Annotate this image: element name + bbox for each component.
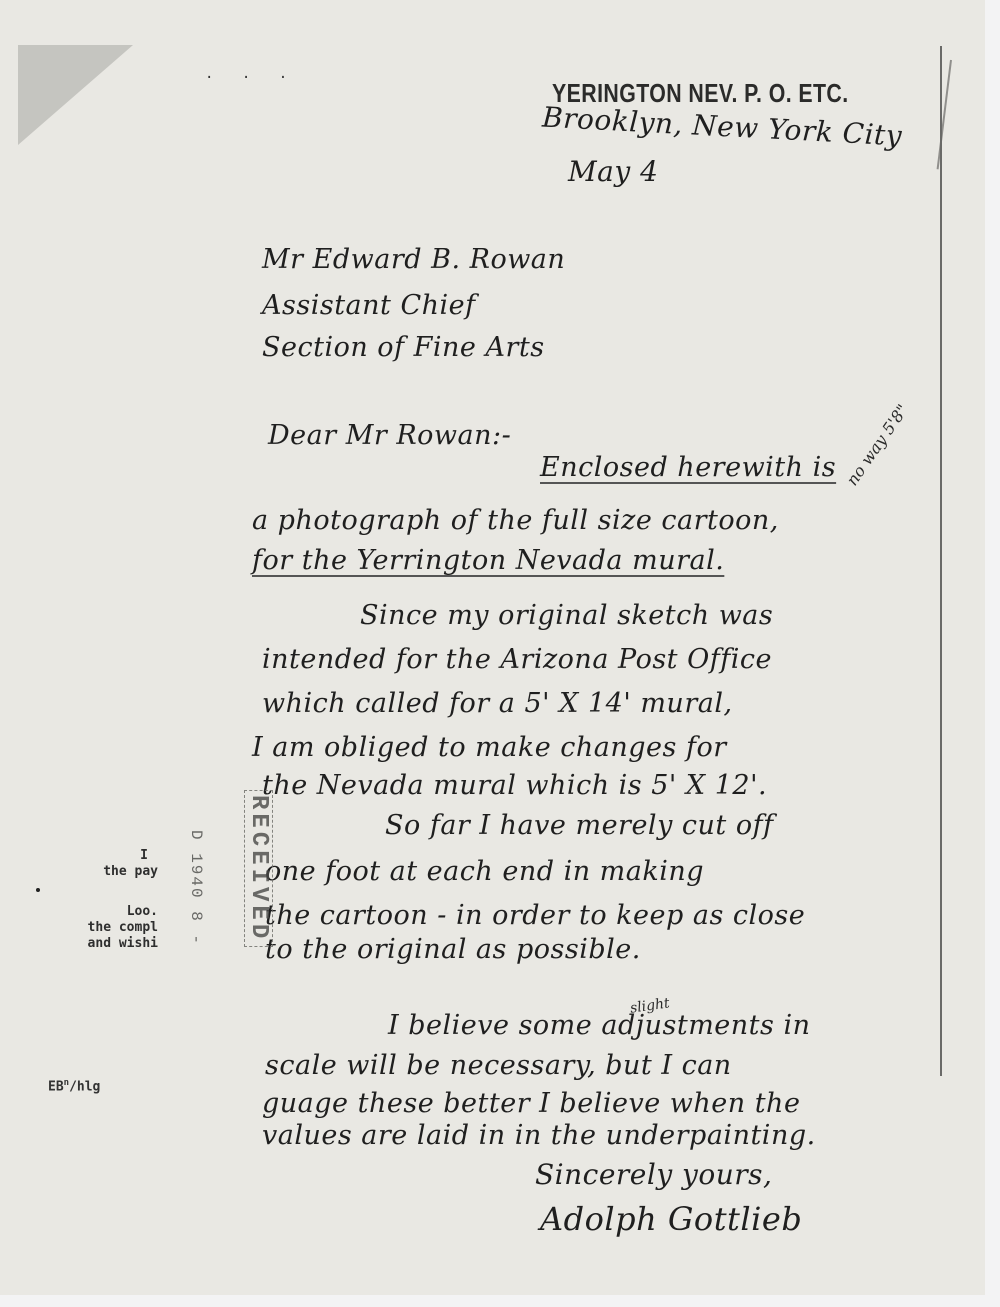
body-line-14: scale will be necessary, but I can [265, 1050, 732, 1081]
closing: Sincerely yours, [535, 1158, 772, 1191]
body-line-5: intended for the Arizona Post Office [262, 644, 772, 675]
scan-border-bottom [0, 1295, 1000, 1307]
body-line-12: to the original as possible. [265, 934, 641, 965]
body-line-6: which called for a 5' X 14' mural, [262, 688, 733, 719]
body-line-13: I believe some adjustments in [388, 1010, 810, 1041]
typed-fragment-5: and wishi [60, 936, 158, 951]
body-line-16: values are laid in in the underpainting. [262, 1120, 816, 1151]
received-date-stamp: D 1940 8 - [187, 830, 205, 946]
body-line-9: So far I have merely cut off [385, 810, 774, 841]
body-line-10: one foot at each end in making [265, 856, 704, 887]
body-line-2: a photograph of the full size cartoon, [252, 505, 779, 536]
addressee-department: Section of Fine Arts [262, 332, 545, 363]
typed-fragment-4: the compl [60, 920, 158, 935]
corner-smudge [18, 45, 133, 145]
salutation: Dear Mr Rowan:- [268, 420, 511, 451]
body-line-3: for the Yerrington Nevada mural. [252, 545, 724, 576]
body-line-15: guage these better I believe when the [262, 1088, 800, 1119]
scan-border-right [985, 0, 1000, 1307]
body-line-4: Since my original sketch was [360, 600, 773, 631]
stray-marks: . . . [205, 66, 297, 82]
received-stamp: RECEIVED [245, 790, 272, 947]
typed-fragment-2: the pay [70, 864, 158, 879]
letter-page: . . . YERINGTON NEV. P. O. ETC. Brooklyn… [0, 0, 985, 1295]
addressee-name: Mr Edward B. Rowan [262, 244, 565, 275]
body-line-1: Enclosed herewith is [540, 452, 836, 483]
margin-line-secondary [937, 60, 952, 169]
body-line-7: I am obliged to make changes for [252, 732, 727, 763]
margin-line [940, 46, 942, 1076]
margin-annotation: no way 5'8" [842, 401, 912, 489]
stray-dot [36, 888, 40, 892]
body-line-11: the cartoon - in order to keep as close [265, 900, 805, 931]
typed-fragment-1: I [100, 848, 148, 863]
typed-fragment-3: Loo. [70, 904, 158, 919]
body-line-8: the Nevada mural which is 5' X 12'. [262, 770, 767, 801]
reference-initials: EBn/hlg [48, 1078, 100, 1094]
signature: Adolph Gottlieb [540, 1200, 802, 1238]
header-date: May 4 [568, 155, 658, 188]
addressee-title: Assistant Chief [262, 290, 476, 321]
